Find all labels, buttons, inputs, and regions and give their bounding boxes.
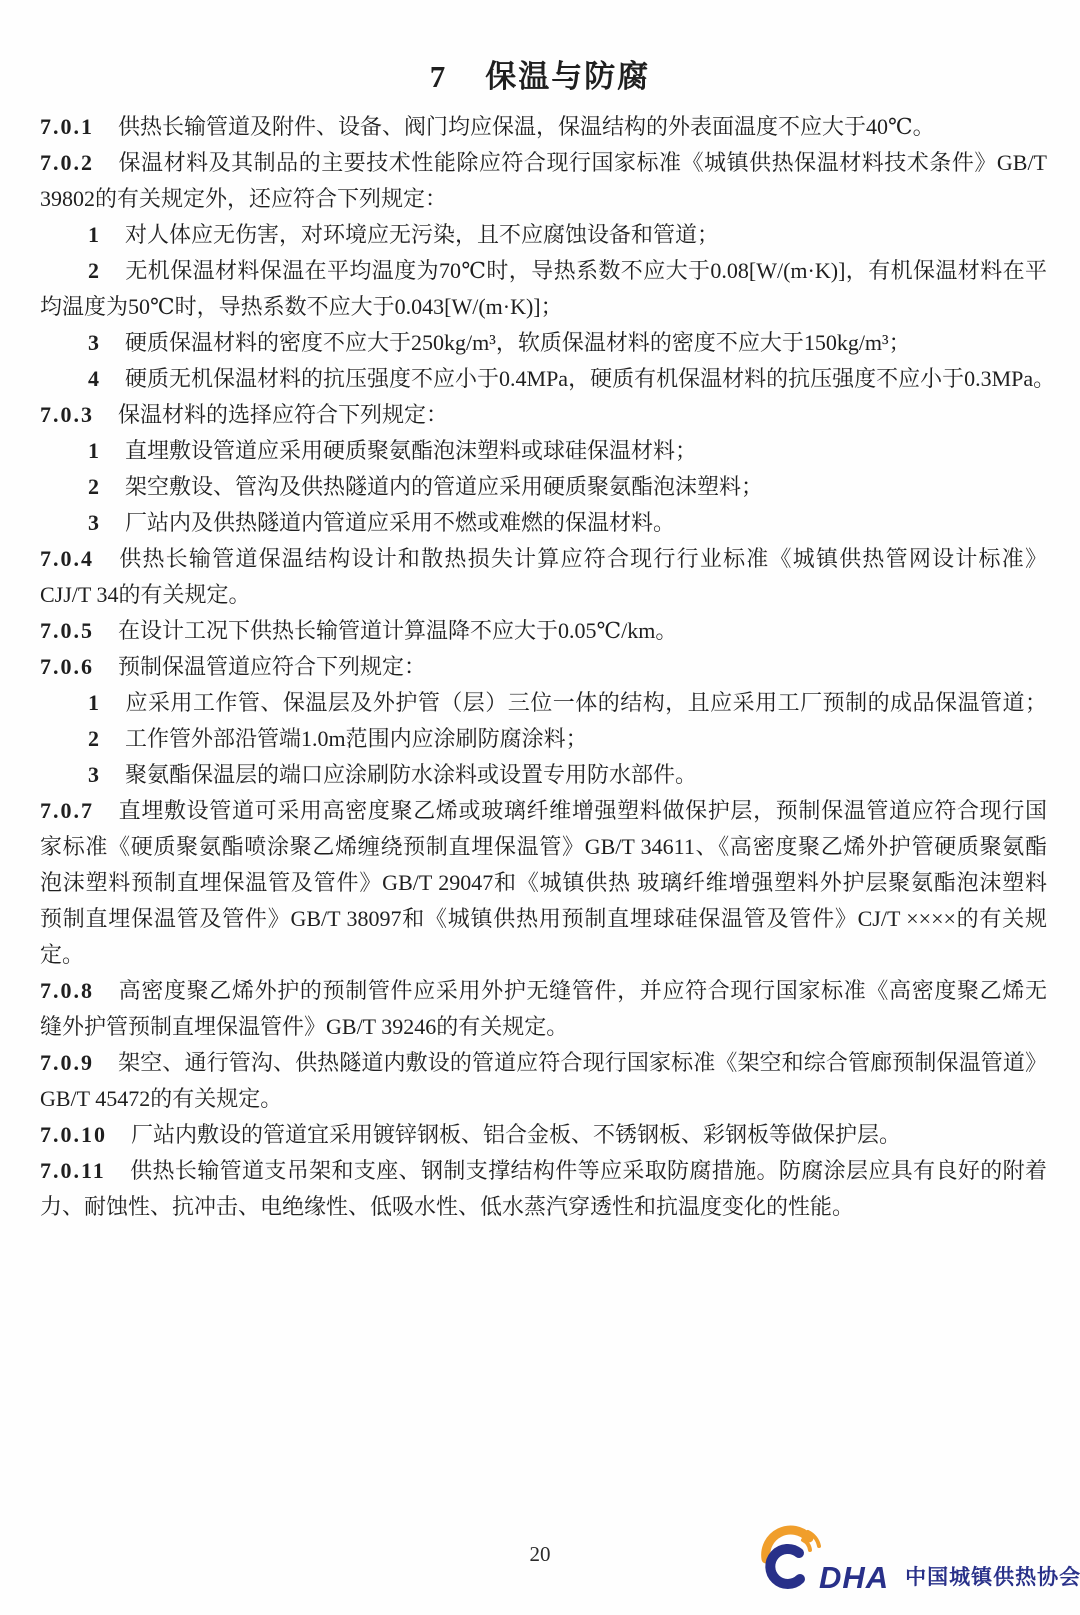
text-line: 泡沫塑料预制直埋保温管及管件》GB/T 29047和《城镇供热 玻璃纤维增强塑料… (40, 865, 1047, 901)
text-line: 7.0.1供热长输管道及附件、设备、阀门均应保温，保温结构的外表面温度不应大于4… (40, 109, 1047, 145)
text-line: 7.0.11供热长输管道支吊架和支座、钢制支撑结构件等应采取防腐措施。防腐涂层应… (40, 1153, 1047, 1189)
line-number: 1 (88, 222, 99, 247)
text-line: 7.0.3保温材料的选择应符合下列规定： (40, 397, 1047, 433)
text-line: 预制直埋保温管及管件》GB/T 38097和《城镇供热用预制直埋球硅保温管及管件… (40, 901, 1047, 937)
line-number: 7.0.5 (40, 618, 94, 643)
text-line: 7.0.5在设计工况下供热长输管道计算温降不应大于0.05℃/km。 (40, 613, 1047, 649)
logo-org-name: 中国城镇供热协会 (905, 1567, 1080, 1588)
text-line: 3厂站内及供热隧道内管道应采用不燃或难燃的保温材料。 (40, 505, 1047, 541)
text-line: 7.0.10厂站内敷设的管道宜采用镀锌钢板、铝合金板、不锈钢板、彩钢板等做保护层… (40, 1117, 1047, 1153)
line-number: 2 (88, 474, 99, 499)
cdha-logo-icon (757, 1523, 827, 1596)
text-line: GB/T 45472的有关规定。 (40, 1081, 1047, 1117)
line-text: 保温材料的选择应符合下列规定： (118, 402, 448, 427)
line-text: 无机保温材料保温在平均温度为70℃时，导热系数不应大于0.08[W/(m·K)]… (125, 258, 1047, 283)
line-number: 7.0.2 (40, 150, 94, 175)
line-text: CJJ/T 34的有关规定。 (40, 582, 250, 607)
logo-acronym: DHA (819, 1562, 889, 1593)
text-line: 7.0.4供热长输管道保温结构设计和散热损失计算应符合现行行业标准《城镇供热管网… (40, 541, 1047, 577)
text-line: 2架空敷设、管沟及供热隧道内的管道应采用硬质聚氨酯泡沫塑料； (40, 469, 1047, 505)
text-line: 7.0.7直埋敷设管道可采用高密度聚乙烯或玻璃纤维增强塑料做保护层，预制保温管道… (40, 793, 1047, 829)
line-number: 7.0.4 (40, 546, 94, 571)
line-number: 7.0.11 (40, 1158, 106, 1183)
text-line: 4硬质无机保温材料的抗压强度不应小于0.4MPa，硬质有机保温材料的抗压强度不应… (40, 361, 1047, 397)
text-line: 家标准《硬质聚氨酯喷涂聚乙烯缠绕预制直埋保温管》GB/T 34611、《高密度聚… (40, 829, 1047, 865)
text-line: CJJ/T 34的有关规定。 (40, 577, 1047, 613)
line-text: 直埋敷设管道可采用高密度聚乙烯或玻璃纤维增强塑料做保护层，预制保温管道应符合现行… (118, 798, 1047, 823)
cdha-logo: DHA 中国城镇供热协会 (757, 1528, 1049, 1596)
line-number: 7.0.6 (40, 654, 94, 679)
line-text: 供热长输管道保温结构设计和散热损失计算应符合现行行业标准《城镇供热管网设计标准》 (118, 546, 1047, 571)
line-number: 7.0.10 (40, 1122, 107, 1147)
line-number: 3 (88, 510, 99, 535)
line-text: 均温度为50℃时，导热系数不应大于0.043[W/(m·K)]； (40, 294, 563, 319)
line-text: 架空、通行管沟、供热隧道内敷设的管道应符合现行国家标准《架空和综合管廊预制保温管… (118, 1050, 1047, 1075)
line-text: 供热长输管道及附件、设备、阀门均应保温，保温结构的外表面温度不应大于40℃。 (118, 114, 935, 139)
text-line: 7.0.8高密度聚乙烯外护的预制管件应采用外护无缝管件，并应符合现行国家标准《高… (40, 973, 1047, 1009)
text-line: 2工作管外部沿管端1.0m范围内应涂刷防腐涂料； (40, 721, 1047, 757)
text-line: 39802的有关规定外，还应符合下列规定： (40, 181, 1047, 217)
line-number: 3 (88, 330, 99, 355)
line-number: 2 (88, 726, 99, 751)
text-line: 7.0.2保温材料及其制品的主要技术性能除应符合现行国家标准《城镇供热保温材料技… (40, 145, 1047, 181)
text-line: 缝外护管预制直埋保温管件》GB/T 39246的有关规定。 (40, 1009, 1047, 1045)
line-text: 硬质保温材料的密度不应大于250kg/m³，软质保温材料的密度不应大于150kg… (125, 330, 911, 355)
line-text: 缝外护管预制直埋保温管件》GB/T 39246的有关规定。 (40, 1014, 568, 1039)
line-text: 直埋敷设管道应采用硬质聚氨酯泡沫塑料或球硅保温材料； (125, 438, 697, 463)
text-line: 1应采用工作管、保温层及外护管（层）三位一体的结构，且应采用工厂预制的成品保温管… (40, 685, 1047, 721)
line-number: 4 (88, 366, 99, 391)
text-line: 力、耐蚀性、抗冲击、电绝缘性、低吸水性、低水蒸汽穿透性和抗温度变化的性能。 (40, 1189, 1047, 1225)
text-line: 均温度为50℃时，导热系数不应大于0.043[W/(m·K)]； (40, 289, 1047, 325)
document-page: 7保温与防腐 7.0.1供热长输管道及附件、设备、阀门均应保温，保温结构的外表面… (0, 0, 1080, 1615)
line-number: 7.0.1 (40, 114, 94, 139)
line-text: 对人体应无伤害，对环境应无污染，且不应腐蚀设备和管道； (125, 222, 719, 247)
line-text: 预制直埋保温管及管件》GB/T 38097和《城镇供热用预制直埋球硅保温管及管件… (40, 906, 1047, 931)
line-text: 力、耐蚀性、抗冲击、电绝缘性、低吸水性、低水蒸汽穿透性和抗温度变化的性能。 (40, 1194, 854, 1219)
line-text: 厂站内敷设的管道宜采用镀锌钢板、铝合金板、不锈钢板、彩钢板等做保护层。 (131, 1122, 901, 1147)
text-line: 7.0.6预制保温管道应符合下列规定： (40, 649, 1047, 685)
line-text: 聚氨酯保温层的端口应涂刷防水涂料或设置专用防水部件。 (125, 762, 697, 787)
text-line: 7.0.9架空、通行管沟、供热隧道内敷设的管道应符合现行国家标准《架空和综合管廊… (40, 1045, 1047, 1081)
line-number: 1 (88, 438, 99, 463)
line-text: 硬质无机保温材料的抗压强度不应小于0.4MPa，硬质有机保温材料的抗压强度不应小… (125, 366, 1047, 391)
text-line: 1对人体应无伤害，对环境应无污染，且不应腐蚀设备和管道； (40, 217, 1047, 253)
text-line: 3聚氨酯保温层的端口应涂刷防水涂料或设置专用防水部件。 (40, 757, 1047, 793)
chapter-title-text: 保温与防腐 (485, 59, 650, 94)
line-text: 保温材料及其制品的主要技术性能除应符合现行国家标准《城镇供热保温材料技术条件》G… (118, 150, 1047, 175)
line-number: 1 (88, 690, 99, 715)
line-number: 7.0.8 (40, 978, 94, 1003)
line-text: 工作管外部沿管端1.0m范围内应涂刷防腐涂料； (125, 726, 588, 751)
line-number: 7.0.3 (40, 402, 94, 427)
line-number: 7.0.7 (40, 798, 94, 823)
line-number: 3 (88, 762, 99, 787)
line-text: 39802的有关规定外，还应符合下列规定： (40, 186, 447, 211)
document-body: 7.0.1供热长输管道及附件、设备、阀门均应保温，保温结构的外表面温度不应大于4… (40, 109, 1047, 1225)
text-line: 定。 (40, 937, 1047, 973)
line-text: 高密度聚乙烯外护的预制管件应采用外护无缝管件，并应符合现行国家标准《高密度聚乙烯… (118, 978, 1047, 1003)
line-text: 在设计工况下供热长输管道计算温降不应大于0.05℃/km。 (118, 618, 677, 643)
page-title: 7保温与防腐 (0, 51, 1080, 96)
text-line: 3硬质保温材料的密度不应大于250kg/m³，软质保温材料的密度不应大于150k… (40, 325, 1047, 361)
text-line: 2无机保温材料保温在平均温度为70℃时，导热系数不应大于0.08[W/(m·K)… (40, 253, 1047, 289)
line-text: 预制保温管道应符合下列规定： (118, 654, 426, 679)
line-number: 2 (88, 258, 99, 283)
text-line: 1直埋敷设管道应采用硬质聚氨酯泡沫塑料或球硅保温材料； (40, 433, 1047, 469)
line-text: GB/T 45472的有关规定。 (40, 1086, 282, 1111)
line-number: 7.0.9 (40, 1050, 94, 1075)
line-text: 定。 (40, 942, 84, 967)
line-text: 供热长输管道支吊架和支座、钢制支撑结构件等应采取防腐措施。防腐涂层应具有良好的附… (130, 1158, 1047, 1183)
line-text: 家标准《硬质聚氨酯喷涂聚乙烯缠绕预制直埋保温管》GB/T 34611、《高密度聚… (40, 834, 1047, 859)
line-text: 厂站内及供热隧道内管道应采用不燃或难燃的保温材料。 (125, 510, 675, 535)
line-text: 泡沫塑料预制直埋保温管及管件》GB/T 29047和《城镇供热 玻璃纤维增强塑料… (40, 870, 1047, 895)
chapter-number: 7 (430, 59, 446, 94)
line-text: 应采用工作管、保温层及外护管（层）三位一体的结构，且应采用工厂预制的成品保温管道… (125, 690, 1047, 715)
line-text: 架空敷设、管沟及供热隧道内的管道应采用硬质聚氨酯泡沫塑料； (125, 474, 763, 499)
